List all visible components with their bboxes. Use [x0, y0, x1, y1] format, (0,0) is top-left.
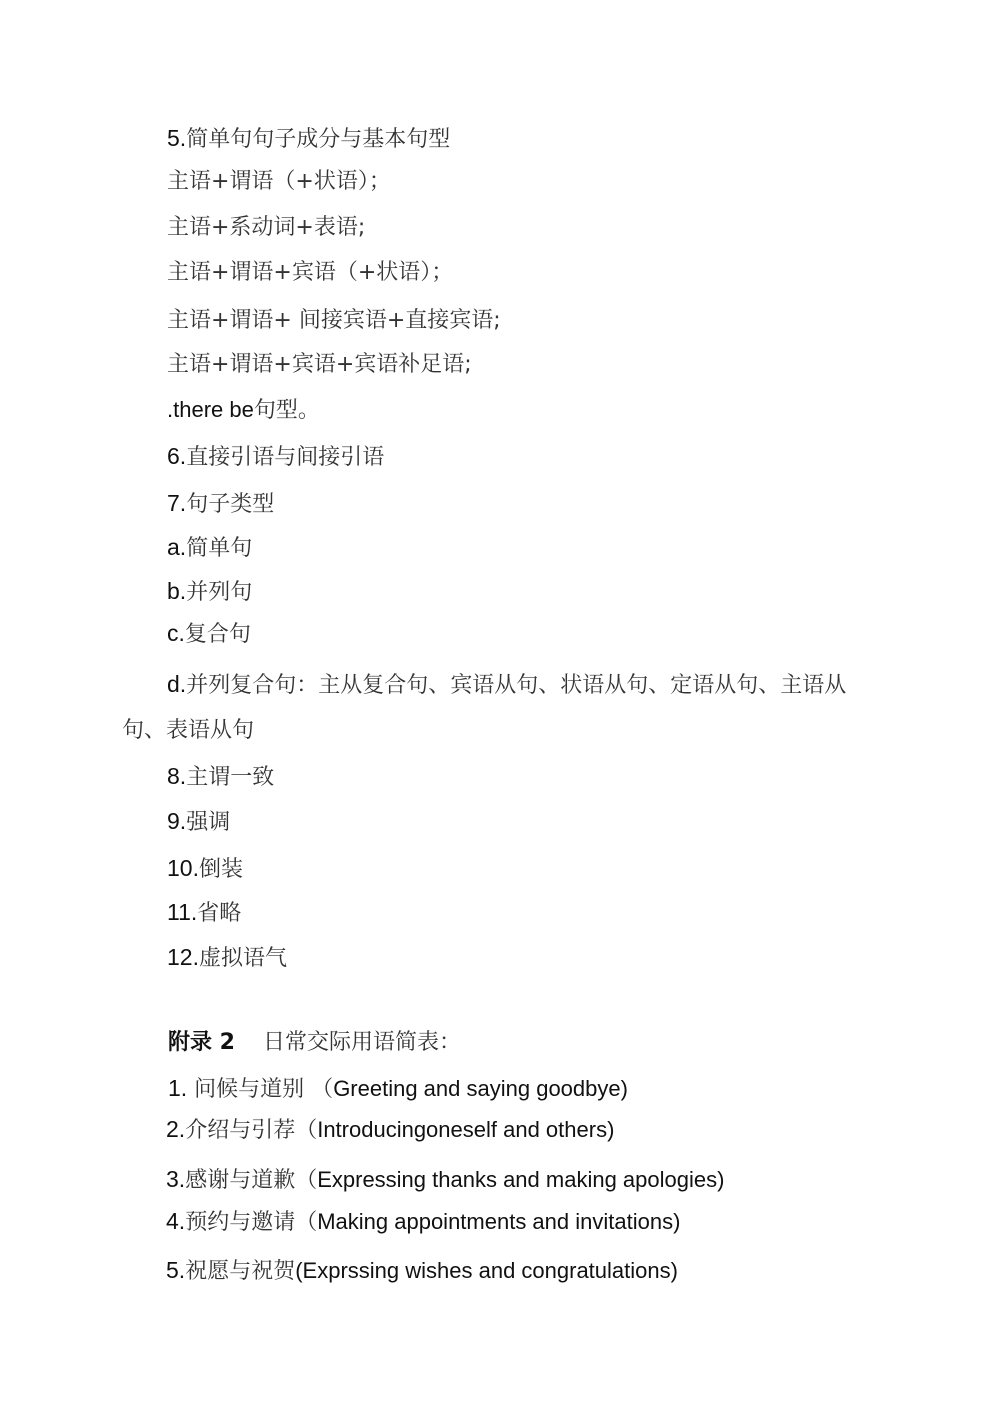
item-chinese: 预约与邀请（ — [185, 1210, 317, 1235]
section-title: 简单句句子成分与基本句型 — [186, 127, 450, 152]
item-number: 3. — [166, 1166, 185, 1192]
item-number: 5. — [166, 1257, 185, 1283]
section-title: 句子类型 — [186, 492, 274, 517]
item-chinese: 祝愿与祝贺 — [185, 1259, 295, 1284]
section-title: 强调 — [186, 810, 230, 835]
section-heading: 12.虚拟语气 — [167, 942, 287, 974]
there-be-line: .there be句型。 — [167, 395, 320, 426]
item-english: Expressing thanks and making apologies) — [317, 1167, 724, 1192]
section-number: 11. — [167, 899, 197, 925]
pattern-line: 主语+谓语+宾语（+状语）； — [167, 258, 453, 288]
appendix-label: 附录 2 — [168, 1030, 235, 1055]
sentence-type-item: b.并列句 — [167, 576, 252, 608]
section-title: 虚拟语气 — [199, 946, 287, 971]
item-letter: c. — [167, 620, 185, 646]
pattern-text: 主语+谓语（+状语）； — [167, 169, 391, 194]
pattern-line: 主语+谓语+ 间接宾语+直接宾语; — [167, 306, 501, 336]
item-number: 1. — [168, 1075, 187, 1101]
there-be-english: .there be — [167, 397, 254, 422]
item-number: 4. — [166, 1208, 185, 1234]
section-heading: 8.主谓一致 — [167, 761, 274, 793]
item-chinese: 感谢与道歉（ — [185, 1168, 317, 1193]
appendix-title: 日常交际用语简表： — [263, 1030, 461, 1055]
there-be-chinese: 句型。 — [254, 398, 320, 423]
sentence-type-item: a.简单句 — [167, 532, 252, 564]
pattern-text: 主语+谓语+宾语+宾语补足语; — [167, 352, 472, 377]
sentence-type-item: d.并列复合句：主从复合句、宾语从句、状语从句、定语从句、主语从 — [167, 669, 846, 701]
item-letter: b. — [167, 578, 186, 604]
appendix-item: 4.预约与邀请（Making appointments and invitati… — [166, 1206, 680, 1238]
section-7-heading: 7.句子类型 — [167, 488, 274, 520]
section-title: 省略 — [197, 901, 241, 926]
item-english: (Exprssing wishes and congratulations) — [295, 1258, 678, 1283]
item-chinese: 问候与道别 （ — [187, 1077, 333, 1102]
section-number: 8. — [167, 763, 186, 789]
item-text: 复合句 — [185, 622, 251, 647]
appendix-item: 1. 问候与道别 （Greeting and saying goodbye) — [168, 1073, 628, 1105]
pattern-text: 主语+谓语+宾语（+状语）； — [167, 260, 453, 285]
pattern-line: 主语+谓语（+状语）； — [167, 167, 391, 197]
appendix-item: 5.祝愿与祝贺(Exprssing wishes and congratulat… — [166, 1255, 678, 1287]
pattern-line: 主语+系动词+表语; — [167, 213, 365, 243]
section-number: 9. — [167, 808, 186, 834]
section-5-heading: 5.简单句句子成分与基本句型 — [167, 123, 450, 155]
item-text: 句、表语从句 — [122, 718, 254, 743]
pattern-line: 主语+谓语+宾语+宾语补足语; — [167, 350, 472, 380]
appendix-heading: 附录 2日常交际用语简表： — [168, 1028, 461, 1058]
item-english: Greeting and saying goodbye) — [333, 1076, 628, 1101]
section-title: 直接引语与间接引语 — [186, 445, 384, 470]
appendix-item: 2.介绍与引荐（Introducingoneself and others) — [166, 1114, 614, 1146]
sentence-type-item: c.复合句 — [167, 618, 251, 650]
item-chinese: 介绍与引荐（ — [185, 1118, 317, 1143]
section-heading: 10.倒装 — [167, 853, 243, 885]
section-number: 6. — [167, 443, 186, 469]
item-english: Making appointments and invitations) — [317, 1209, 680, 1234]
item-letter: d. — [167, 671, 186, 697]
pattern-text: 主语+系动词+表语; — [167, 215, 365, 240]
section-number: 12. — [167, 944, 199, 970]
section-number: 10. — [167, 855, 199, 881]
item-text: 简单句 — [186, 536, 252, 561]
item-text: 并列复合句：主从复合句、宾语从句、状语从句、定语从句、主语从 — [186, 673, 846, 698]
section-heading: 9.强调 — [167, 806, 230, 838]
item-english: Introducingoneself and others) — [317, 1117, 614, 1142]
sentence-type-item-continuation: 句、表语从句 — [122, 716, 254, 746]
appendix-item: 3.感谢与道歉（Expressing thanks and making apo… — [166, 1164, 724, 1196]
section-6-heading: 6.直接引语与间接引语 — [167, 441, 384, 473]
item-letter: a. — [167, 534, 186, 560]
section-number: 7. — [167, 490, 186, 516]
item-number: 2. — [166, 1116, 185, 1142]
item-text: 并列句 — [186, 580, 252, 605]
section-title: 倒装 — [199, 857, 243, 882]
pattern-text: 主语+谓语+ 间接宾语+直接宾语; — [167, 308, 501, 333]
section-title: 主谓一致 — [186, 765, 274, 790]
section-number: 5. — [167, 125, 186, 151]
section-heading: 11.省略 — [167, 897, 241, 929]
